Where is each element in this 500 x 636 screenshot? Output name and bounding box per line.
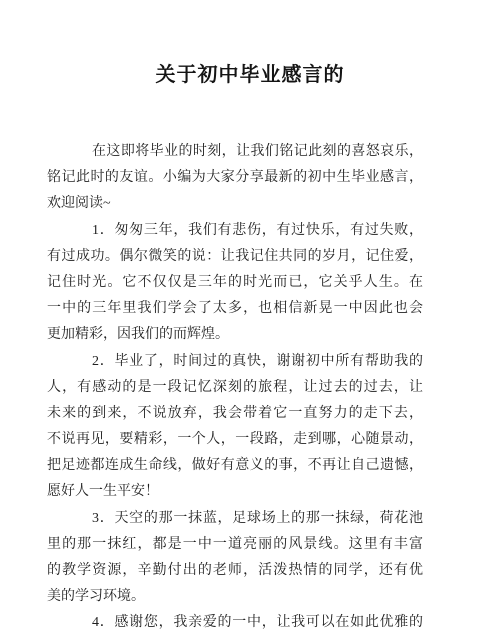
paragraph: 3．天空的那一抹蓝，足球场上的那一抹绿，荷花池里的那一抹红，都是一中一道亮丽的风… (47, 506, 423, 611)
paragraph: 4．感谢您，我亲爱的一中，让我可以在如此优雅的 (47, 610, 423, 636)
text-line: 在这即将毕业的时刻，让我们铭记此刻的喜怒哀乐， (47, 139, 423, 165)
paragraph: 2．毕业了，时间过的真快，谢谢初中所有帮助我的人，有感动的是一段记忆深刻的旅程，… (47, 349, 423, 506)
text-line: 把足迹都连成生命线，做好有意义的事，不再让自己遗憾， (47, 453, 423, 479)
text-line: 3．天空的那一抹蓝，足球场上的那一抹绿，荷花池 (47, 506, 423, 532)
text-line: 不说再见，要精彩，一个人，一段路，走到哪，心随景动， (47, 427, 423, 453)
document-body: 在这即将毕业的时刻，让我们铭记此刻的喜怒哀乐，铭记此时的友谊。小编为大家分享最新… (47, 139, 423, 636)
text-line: 的教学资源，辛勤付出的老师，活泼热情的同学，还有优 (47, 558, 423, 584)
paragraph: 1．匆匆三年，我们有悲伤，有过快乐，有过失败，有过成功。偶尔微笑的说：让我记住共… (47, 218, 423, 349)
paragraph: 在这即将毕业的时刻，让我们铭记此刻的喜怒哀乐，铭记此时的友谊。小编为大家分享最新… (47, 139, 423, 218)
text-line: 里的那一抹红，都是一中一道亮丽的风景线。这里有丰富 (47, 532, 423, 558)
text-line: 2．毕业了，时间过的真快，谢谢初中所有帮助我的 (47, 349, 423, 375)
text-line: 未来的到来，不说放弃，我会带着它一直努力的走下去， (47, 401, 423, 427)
text-line: 欢迎阅读~ (47, 191, 423, 217)
text-line: 4．感谢您，我亲爱的一中，让我可以在如此优雅的 (47, 610, 423, 636)
text-line: 人，有感动的是一段记忆深刻的旅程，让过去的过去，让 (47, 375, 423, 401)
text-line: 美的学习环境。 (47, 584, 423, 610)
text-line: 铭记此时的友谊。小编为大家分享最新的初中生毕业感言， (47, 165, 423, 191)
text-line: 记住时光。它不仅仅是三年的时光而已，它关乎人生。在 (47, 270, 423, 296)
text-line: 有过成功。偶尔微笑的说：让我记住共同的岁月，记住爱， (47, 244, 423, 270)
text-line: 更加精彩，因我们的而辉煌。 (47, 322, 423, 348)
text-line: 愿好人一生平安！ (47, 479, 423, 505)
document-page: 关于初中毕业感言的 在这即将毕业的时刻，让我们铭记此刻的喜怒哀乐，铭记此时的友谊… (0, 0, 500, 636)
text-line: 1．匆匆三年，我们有悲伤，有过快乐，有过失败， (47, 218, 423, 244)
document-title: 关于初中毕业感言的 (0, 60, 500, 90)
text-line: 一中的三年里我们学会了太多，也相信新晃一中因此也会 (47, 296, 423, 322)
